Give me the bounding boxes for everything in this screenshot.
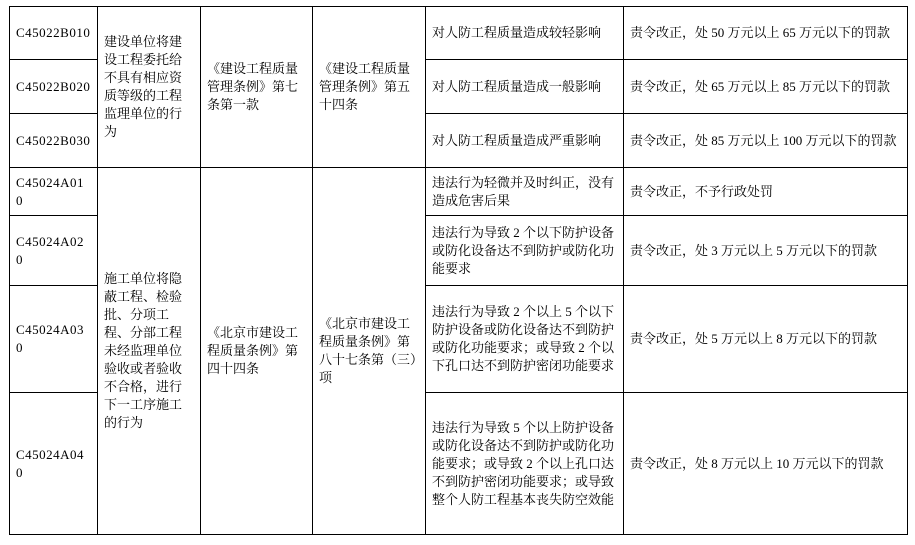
penalty-cell: 责令改正，处 50 万元以上 65 万元以下的罚款	[624, 7, 908, 60]
page: { "colors": { "border": "#000000", "text…	[0, 0, 915, 545]
penalty-cell: 责令改正，处 5 万元以上 8 万元以下的罚款	[624, 286, 908, 393]
situation-cell: 违法行为导致 5 个以上防护设备或防化设备达不到防护或防化功能要求；或导致 2 …	[426, 393, 624, 535]
penalty-cell: 责令改正，处 65 万元以上 85 万元以下的罚款	[624, 60, 908, 114]
legal-basis-cell: 《北京市建设工程质量条例》第四十四条	[201, 168, 313, 535]
penalty-basis-cell: 《北京市建设工程质量条例》第八十七条第（三）项	[313, 168, 426, 535]
code-cell: C45024A040	[10, 393, 98, 535]
penalty-cell: 责令改正，处 85 万元以上 100 万元以下的罚款	[624, 114, 908, 168]
code-cell: C45024A010	[10, 168, 98, 216]
table-row: C45022B010 建设单位将建设工程委托给不具有相应资质等级的工程监理单位的…	[10, 7, 908, 60]
penalty-basis-cell: 《建设工程质量管理条例》第五十四条	[313, 7, 426, 168]
situation-cell: 违法行为导致 2 个以下防护设备或防化设备达不到防护或防化功能要求	[426, 216, 624, 286]
situation-cell: 对人防工程质量造成较轻影响	[426, 7, 624, 60]
penalty-cell: 责令改正，处 3 万元以上 5 万元以下的罚款	[624, 216, 908, 286]
penalty-cell: 责令改正，处 8 万元以上 10 万元以下的罚款	[624, 393, 908, 535]
code-cell: C45024A030	[10, 286, 98, 393]
code-cell: C45024A020	[10, 216, 98, 286]
penalty-cell: 责令改正，不予行政处罚	[624, 168, 908, 216]
situation-cell: 对人防工程质量造成一般影响	[426, 60, 624, 114]
legal-basis-cell: 《建设工程质量管理条例》第七条第一款	[201, 7, 313, 168]
table-row: C45024A010 施工单位将隐蔽工程、检验批、分项工程、分部工程未经监理单位…	[10, 168, 908, 216]
code-cell: C45022B030	[10, 114, 98, 168]
behavior-cell: 施工单位将隐蔽工程、检验批、分项工程、分部工程未经监理单位验收或者验收不合格，进…	[98, 168, 201, 535]
situation-cell: 违法行为轻微并及时纠正，没有造成危害后果	[426, 168, 624, 216]
situation-cell: 对人防工程质量造成严重影响	[426, 114, 624, 168]
behavior-cell: 建设单位将建设工程委托给不具有相应资质等级的工程监理单位的行为	[98, 7, 201, 168]
code-cell: C45022B020	[10, 60, 98, 114]
situation-cell: 违法行为导致 2 个以上 5 个以下防护设备或防化设备达不到防护或防化功能要求；…	[426, 286, 624, 393]
code-cell: C45022B010	[10, 7, 98, 60]
penalty-table: C45022B010 建设单位将建设工程委托给不具有相应资质等级的工程监理单位的…	[9, 6, 908, 535]
